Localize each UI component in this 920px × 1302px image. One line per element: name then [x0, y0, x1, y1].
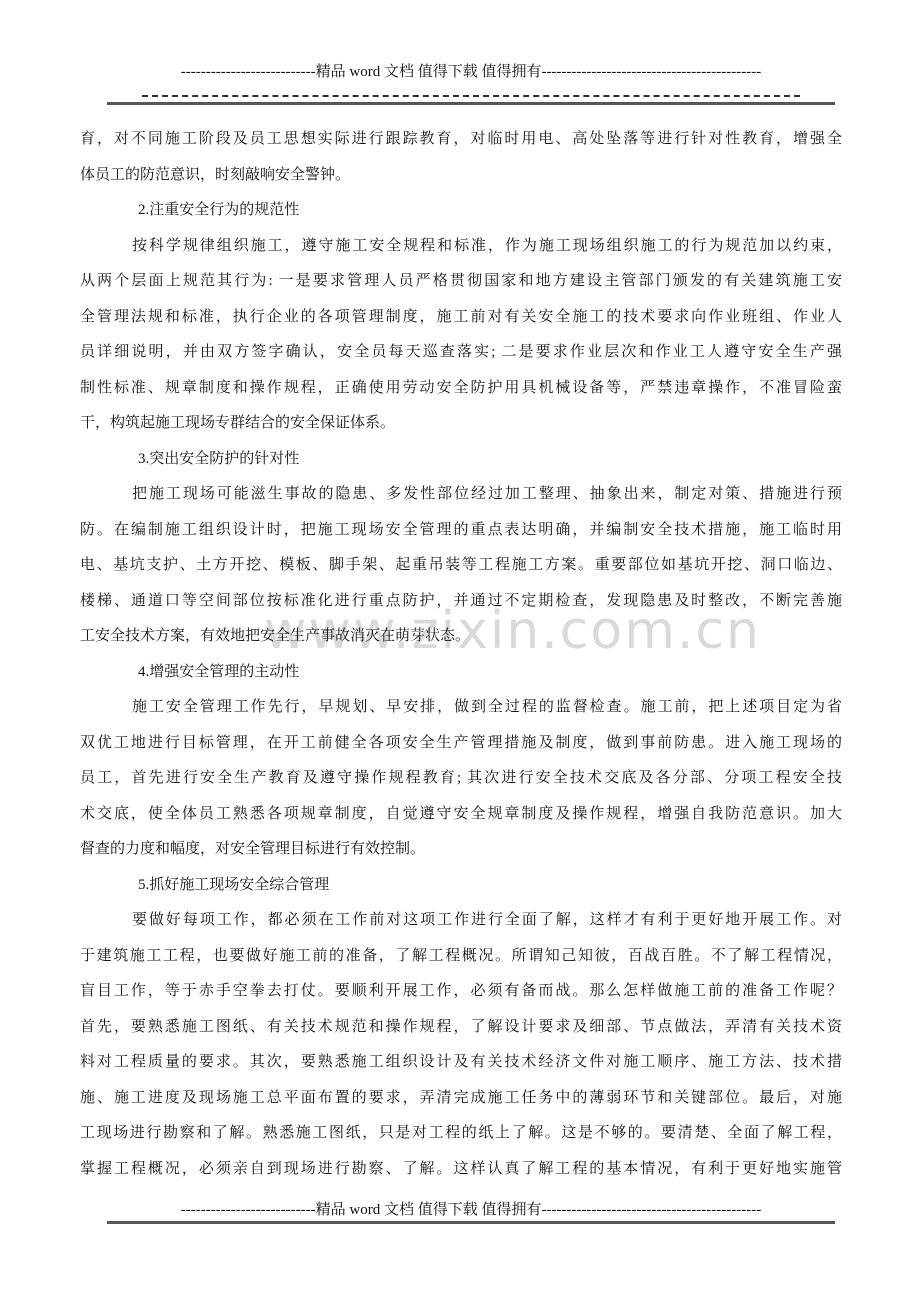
- text-line: 督查的力度和幅度，对安全管理目标进行有效控制。: [80, 832, 842, 868]
- text-line: 员详细说明，并由双方签字确认，安全员每天巡查落实; 二是要求作业层次和作业工人遵…: [80, 335, 842, 371]
- footer-solid-divider: [107, 1221, 835, 1224]
- header-tagline: ---------------------------精品 word 文档 值得…: [22, 61, 920, 83]
- text-line: 施、施工进度及现场施工总平面布置的要求，弄清完成施工任务中的薄弱环节和关键部位。…: [80, 1081, 842, 1117]
- header-dashed-divider: [142, 95, 800, 97]
- footer-tagline: ---------------------------精品 word 文档 值得…: [22, 1199, 920, 1221]
- text-line: 工现场进行勘察和了解。熟悉施工图纸，只是对工程的纸上了解。这是不够的。要清楚、全…: [80, 1116, 842, 1152]
- text-line: 按科学规律组织施工，遵守施工安全规程和标准，作为施工现场组织施工的行为规范加以约…: [80, 229, 842, 265]
- text-line: 员工，首先进行安全生产教育及遵守操作规程教育; 其次进行安全技术交底及各分部、分…: [80, 761, 842, 797]
- header-solid-divider: [107, 102, 835, 105]
- text-line: 体员工的防范意识，时刻敲响安全警钟。: [80, 158, 842, 194]
- document-body: 育，对不同施工阶段及员工思想实际进行跟踪教育，对临时用电、高处坠落等进行针对性教…: [80, 122, 842, 1187]
- text-line: 要做好每项工作，都必须在工作前对这项工作进行全面了解，这样才有利于更好地开展工作…: [80, 903, 842, 939]
- text-line: 2.注重安全行为的规范性: [80, 193, 842, 229]
- text-line: 把施工现场可能滋生事故的隐患、多发性部位经过加工整理、抽象出来，制定对策、措施进…: [80, 477, 842, 513]
- text-line: 掌握工程概况，必须亲自到现场进行勘察、了解。这样认真了解工程的基本情况，有利于更…: [80, 1152, 842, 1188]
- text-line: 料对工程质量的要求。其次，要熟悉施工组织设计及有关技术经济文件对施工顺序、施工方…: [80, 1045, 842, 1081]
- text-line: 制性标准、规章制度和操作规程，正确使用劳动安全防护用具机械设备等，严禁违章操作，…: [80, 371, 842, 407]
- text-line: 防。在编制施工组织设计时，把施工现场安全管理的重点表达明确，并编制安全技术措施，…: [80, 513, 842, 549]
- text-line: 3.突出安全防护的针对性: [80, 442, 842, 478]
- text-line: 从两个层面上规范其行为: 一是要求管理人员严格贯彻国家和地方建设主管部门颁发的有…: [80, 264, 842, 300]
- text-line: 电、基坑支护、土方开挖、模板、脚手架、起重吊装等工程施工方案。重要部位如基坑开挖…: [80, 548, 842, 584]
- text-line: 楼梯、通道口等空间部位按标准化进行重点防护，并通过不定期检查，发现隐患及时整改，…: [80, 584, 842, 620]
- text-line: 干，构筑起施工现场专群结合的安全保证体系。: [80, 406, 842, 442]
- text-line: 工安全技术方案，有效地把安全生产事故消灭在萌芽状态。: [80, 619, 842, 655]
- text-line: 盲目工作，等于赤手空拳去打仗。要顺利开展工作，必须有备而战。那么怎样做施工前的准…: [80, 974, 842, 1010]
- document-page: www.zixin.com.cn -----------------------…: [0, 0, 920, 1302]
- text-line: 育，对不同施工阶段及员工思想实际进行跟踪教育，对临时用电、高处坠落等进行针对性教…: [80, 122, 842, 158]
- text-line: 术交底，使全体员工熟悉各项规章制度，自觉遵守安全规章制度及操作规程，增强自我防范…: [80, 797, 842, 833]
- text-line: 5.抓好施工现场安全综合管理: [80, 868, 842, 904]
- text-line: 于建筑施工工程，也要做好施工前的准备，了解工程概况。所谓知己知彼，百战百胜。不了…: [80, 939, 842, 975]
- text-line: 全管理法规和标准，执行企业的各项管理制度，施工前对有关安全施工的技术要求向作业班…: [80, 300, 842, 336]
- text-line: 首先，要熟悉施工图纸、有关技术规范和操作规程，了解设计要求及细部、节点做法，弄清…: [80, 1010, 842, 1046]
- text-line: 双优工地进行目标管理，在开工前健全各项安全生产管理措施及制度，做到事前防患。进入…: [80, 726, 842, 762]
- text-line: 4.增强安全管理的主动性: [80, 655, 842, 691]
- text-line: 施工安全管理工作先行，早规划、早安排，做到全过程的监督检查。施工前，把上述项目定…: [80, 690, 842, 726]
